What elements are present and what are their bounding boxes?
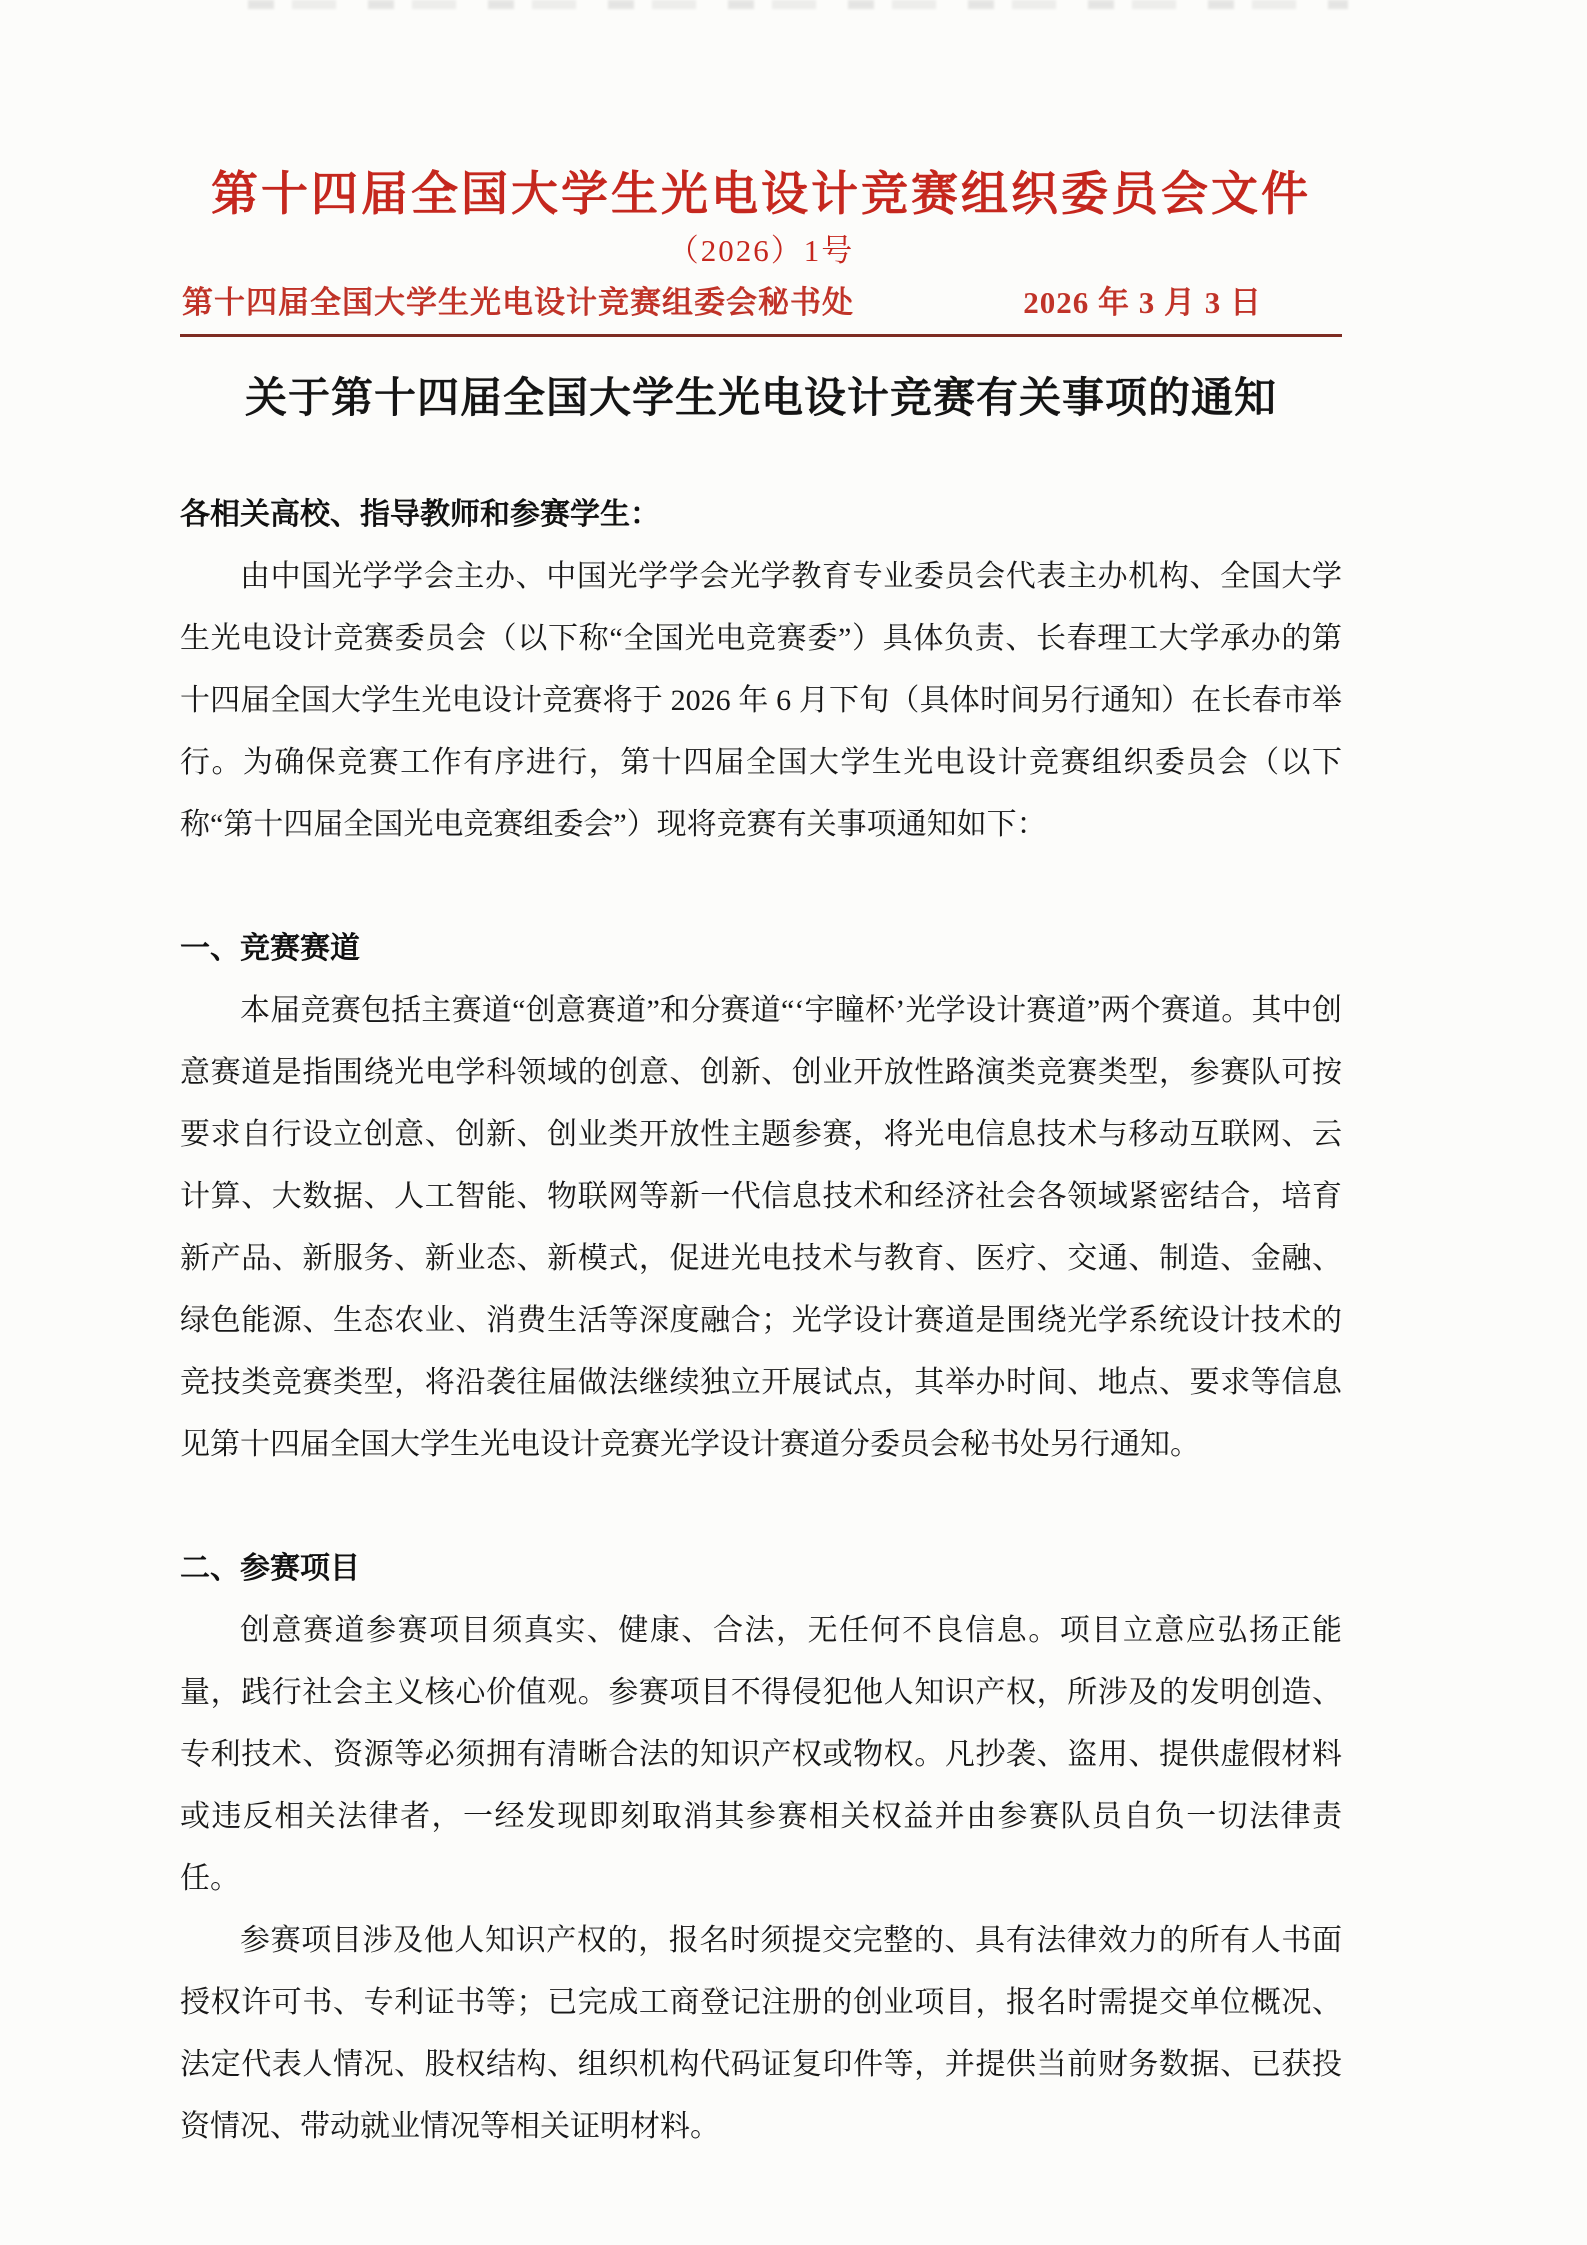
salutation: 各相关高校、指导教师和参赛学生： — [180, 484, 1342, 546]
document-title: 关于第十四届全国大学生光电设计竞赛有关事项的通知 — [180, 373, 1342, 426]
intro-paragraph: 由中国光学学会主办、中国光学学会光学教育专业委员会代表主办机构、全国大学生光电设… — [180, 546, 1342, 856]
section-1-heading: 一、竞赛赛道 — [180, 918, 1342, 980]
document-content: 第十四届全国大学生光电设计竞赛组织委员会文件 （2026）1号 第十四届全国大学… — [180, 166, 1342, 2158]
scan-artifact-top — [248, 0, 1348, 9]
issuer-date-line: 第十四届全国大学生光电设计竞赛组委会秘书处 2026 年 3 月 3 日 — [180, 277, 1342, 337]
document-page: 第十四届全国大学生光电设计竞赛组织委员会文件 （2026）1号 第十四届全国大学… — [0, 0, 1587, 2245]
issue-date: 2026 年 3 月 3 日 — [1023, 277, 1262, 322]
section-1-paragraph-1: 本届竞赛包括主赛道“创意赛道”和分赛道“‘宇瞳杯’光学设计赛道”两个赛道。其中创… — [180, 980, 1342, 1476]
section-2-paragraph-2: 参赛项目涉及他人知识产权的，报名时须提交完整的、具有法律效力的所有人书面授权许可… — [180, 1910, 1342, 2158]
section-2-paragraph-1: 创意赛道参赛项目须真实、健康、合法，无任何不良信息。项目立意应弘扬正能量，践行社… — [180, 1600, 1342, 1910]
org-title: 第十四届全国大学生光电设计竞赛组织委员会文件 — [180, 166, 1342, 225]
section-2-heading: 二、参赛项目 — [180, 1538, 1342, 1600]
doc-number: （2026）1号 — [180, 231, 1342, 271]
issuer-name: 第十四届全国大学生光电设计竞赛组委会秘书处 — [182, 277, 854, 322]
